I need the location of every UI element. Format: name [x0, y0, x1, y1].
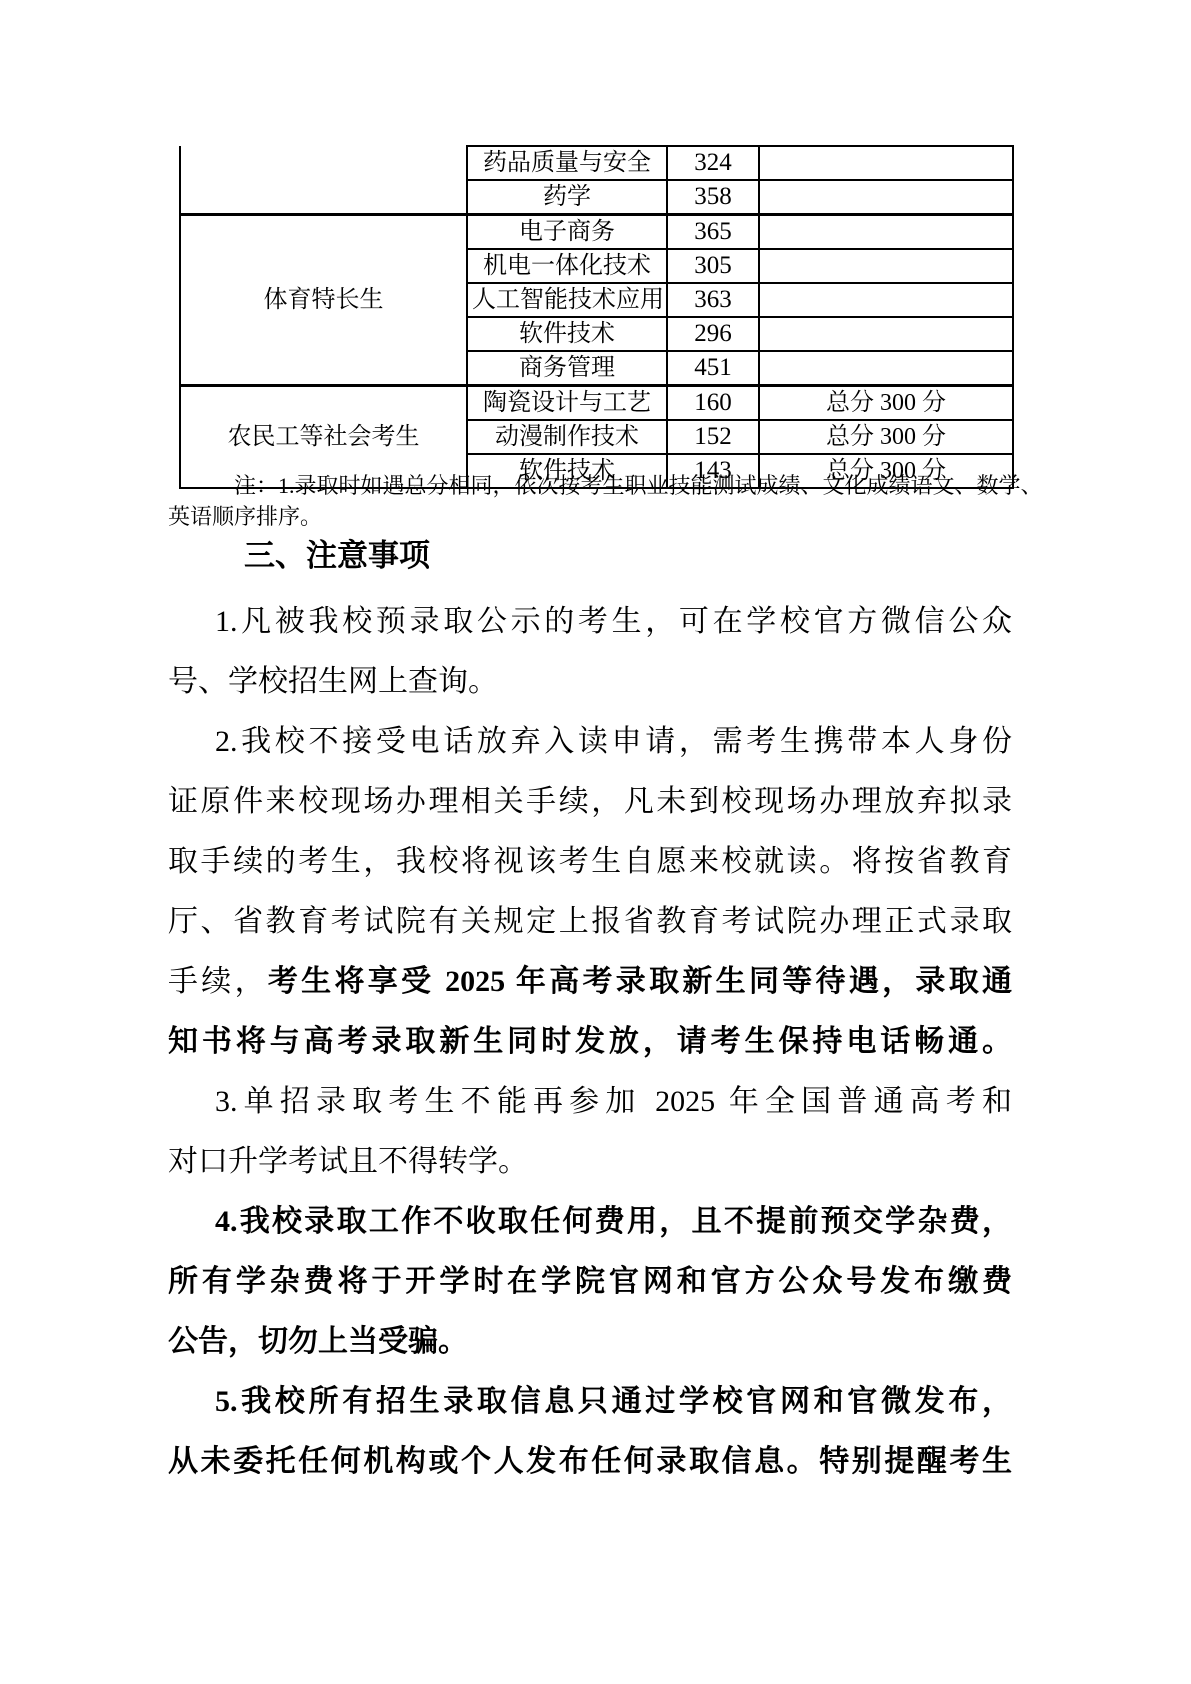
table-cell-major: 机电一体化技术	[467, 249, 667, 283]
table-footnote: 注：1.录取时如遇总分相同，依次按考生职业技能测试成绩、文化成绩语文、数学、 英…	[168, 470, 1016, 532]
table-cell-major: 商务管理	[467, 351, 667, 386]
table-cell-score: 160	[667, 386, 759, 421]
admission-scores-table: 药品质量与安全 324 药学 358 体育特长生 电子商务 365 机电一体化技…	[179, 145, 1014, 489]
table-cell-major: 陶瓷设计与工艺	[467, 386, 667, 421]
table-cell-category	[180, 146, 467, 215]
body-line: 5.我校所有招生录取信息只通过学校官网和官微发布，	[168, 1372, 1012, 1432]
table-cell-major: 人工智能技术应用	[467, 283, 667, 317]
table-footnote-line: 英语顺序排序。	[168, 501, 1016, 532]
table-cell-score: 358	[667, 180, 759, 215]
table-cell-score: 451	[667, 351, 759, 386]
table-row: 药品质量与安全 324	[180, 146, 1013, 180]
body-line: 公告，切勿上当受骗。	[168, 1312, 1012, 1372]
table-cell-score: 324	[667, 146, 759, 180]
table-cell-major: 动漫制作技术	[467, 420, 667, 454]
table-cell-score: 152	[667, 420, 759, 454]
body-line: 厅、省教育考试院有关规定上报省教育考试院办理正式录取	[168, 892, 1012, 952]
table-cell-major: 药学	[467, 180, 667, 215]
table-cell-note: 总分 300 分	[759, 420, 1013, 454]
body-line: 号、学校招生网上查询。	[168, 652, 1012, 712]
table-cell-major: 药品质量与安全	[467, 146, 667, 180]
table-cell-note	[759, 215, 1013, 250]
table-cell-note	[759, 249, 1013, 283]
body-line: 2.我校不接受电话放弃入读申请，需考生携带本人身份	[168, 712, 1012, 772]
table-cell-score: 363	[667, 283, 759, 317]
body-text: 1.凡被我校预录取公示的考生，可在学校官方微信公众 号、学校招生网上查询。 2.…	[168, 592, 1012, 1492]
table-row: 体育特长生 电子商务 365	[180, 215, 1013, 250]
body-line: 3.单招录取考生不能再参加 2025 年全国普通高考和	[168, 1072, 1012, 1132]
table-cell-note	[759, 351, 1013, 386]
body-line: 取手续的考生，我校将视该考生自愿来校就读。将按省教育	[168, 832, 1012, 892]
body-line: 知书将与高考录取新生同时发放，请考生保持电话畅通。	[168, 1012, 1012, 1072]
table-cell-note	[759, 146, 1013, 180]
table-cell-major: 电子商务	[467, 215, 667, 250]
table-cell-score: 296	[667, 317, 759, 351]
body-line: 4.我校录取工作不收取任何费用，且不提前预交学杂费，	[168, 1192, 1012, 1252]
table-cell-category: 体育特长生	[180, 215, 467, 386]
body-line-regular-segment: 手续，	[168, 965, 268, 998]
table-cell-note	[759, 317, 1013, 351]
table-cell-major: 软件技术	[467, 317, 667, 351]
table-cell-note: 总分 300 分	[759, 386, 1013, 421]
table-row: 农民工等社会考生 陶瓷设计与工艺 160 总分 300 分	[180, 386, 1013, 421]
body-line: 证原件来校现场办理相关手续，凡未到校现场办理放弃拟录	[168, 772, 1012, 832]
table-footnote-line: 注：1.录取时如遇总分相同，依次按考生职业技能测试成绩、文化成绩语文、数学、	[168, 470, 1016, 501]
section-heading: 三、注意事项	[168, 538, 1016, 574]
table-cell-score: 305	[667, 249, 759, 283]
body-line: 从未委托任何机构或个人发布任何录取信息。特别提醒考生	[168, 1432, 1012, 1492]
table-cell-note	[759, 283, 1013, 317]
body-line: 手续，考生将享受 2025 年高考录取新生同等待遇，录取通	[168, 952, 1012, 1012]
body-line: 1.凡被我校预录取公示的考生，可在学校官方微信公众	[168, 592, 1012, 652]
table-cell-score: 365	[667, 215, 759, 250]
table-cell-note	[759, 180, 1013, 215]
body-line: 对口升学考试且不得转学。	[168, 1132, 1012, 1192]
body-line-bold-segment: 考生将享受 2025 年高考录取新生同等待遇，录取通	[268, 965, 1012, 998]
body-line: 所有学杂费将于开学时在学院官网和官方公众号发布缴费	[168, 1252, 1012, 1312]
document-page: 药品质量与安全 324 药学 358 体育特长生 电子商务 365 机电一体化技…	[0, 0, 1191, 1684]
